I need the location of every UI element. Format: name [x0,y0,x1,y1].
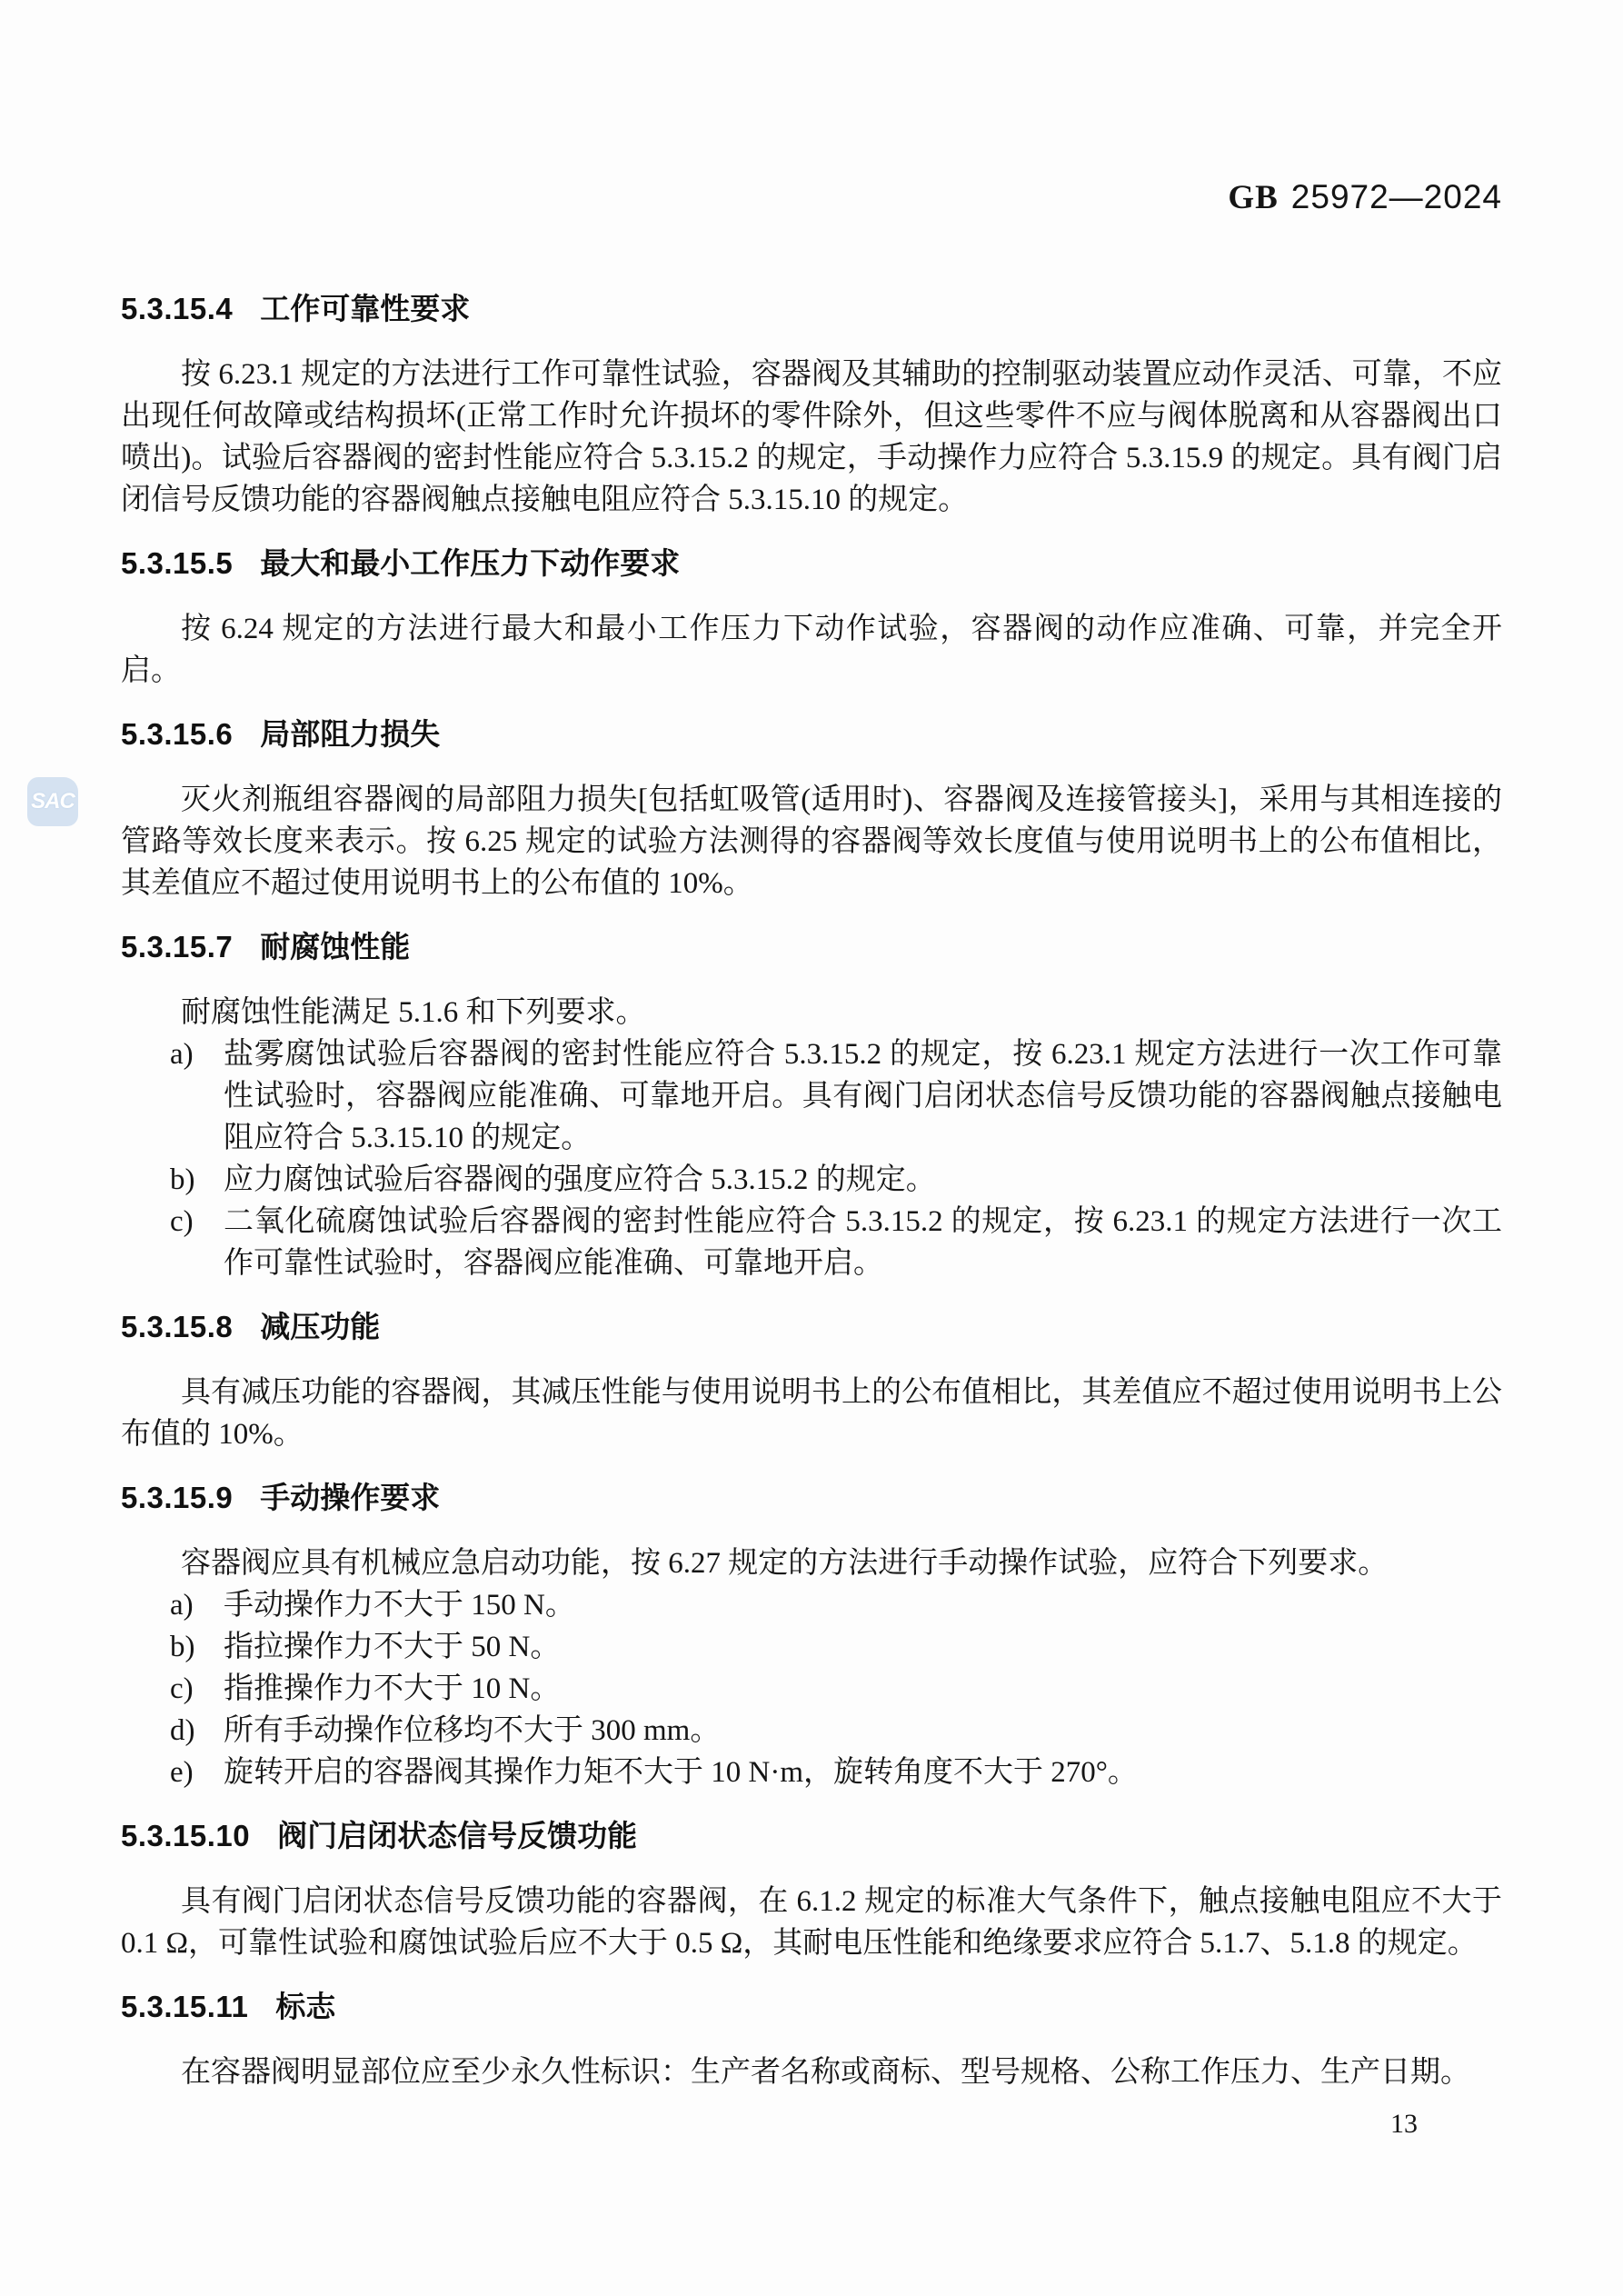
list-item: b)应力腐蚀试验后容器阀的强度应符合 5.3.15.2 的规定。 [224,1159,1502,1201]
list-item: a)盐雾腐蚀试验后容器阀的密封性能应符合 5.3.15.2 的规定，按 6.23… [224,1033,1502,1159]
list-marker: e) [170,1752,194,1793]
list-marker: b) [170,1626,195,1668]
standard-code-prefix: GB [1228,179,1278,216]
section-5-3-15-10: 5.3.15.10阀门启闭状态信号反馈功能 具有阀门启闭状态信号反馈功能的容器阀… [121,1815,1502,1964]
section-number: 5.3.15.9 [121,1481,233,1514]
section-5-3-15-9: 5.3.15.9手动操作要求 容器阀应具有机械应急启动功能，按 6.27 规定的… [121,1477,1502,1793]
section-paragraph: 具有减压功能的容器阀，其减压性能与使用说明书上的公布值相比，其差值应不超过使用说… [121,1372,1502,1455]
section-paragraph: 耐腐蚀性能满足 5.1.6 和下列要求。 [121,992,1502,1033]
section-heading: 5.3.15.7耐腐蚀性能 [121,926,1502,968]
standard-code: GB25972—2024 [1228,180,1502,215]
section-number: 5.3.15.8 [121,1310,233,1343]
section-paragraph: 按 6.24 规定的方法进行最大和最小工作压力下动作试验，容器阀的动作应准确、可… [121,608,1502,692]
section-paragraph: 容器阀应具有机械应急启动功能，按 6.27 规定的方法进行手动操作试验，应符合下… [121,1542,1502,1584]
section-paragraph: 灭火剂瓶组容器阀的局部阻力损失[包括虹吸管(适用时)、容器阀及连接管接头]，采用… [121,779,1502,904]
section-paragraph: 在容器阀明显部位应至少永久性标识：生产者名称或商标、型号规格、公称工作压力、生产… [121,2051,1502,2093]
list-marker: b) [170,1159,195,1201]
section-title: 手动操作要求 [260,1481,440,1514]
section-title: 阀门启闭状态信号反馈功能 [277,1819,637,1852]
list-marker: a) [170,1584,194,1626]
page-number: 13 [1390,2111,1418,2138]
section-number: 5.3.15.6 [121,717,233,751]
standard-code-number: 25972—2024 [1291,178,1502,215]
list-text: 应力腐蚀试验后容器阀的强度应符合 5.3.15.2 的规定。 [224,1163,936,1196]
section-paragraph: 按 6.23.1 规定的方法进行工作可靠性试验，容器阀及其辅助的控制驱动装置应动… [121,354,1502,521]
section-title: 最大和最小工作压力下动作要求 [260,546,680,580]
section-title: 减压功能 [260,1310,380,1343]
section-5-3-15-5: 5.3.15.5最大和最小工作压力下动作要求 按 6.24 规定的方法进行最大和… [121,543,1502,692]
section-number: 5.3.15.11 [121,1990,248,2023]
list-text: 盐雾腐蚀试验后容器阀的密封性能应符合 5.3.15.2 的规定，按 6.23.1… [224,1038,1502,1154]
list-item: a)手动操作力不大于 150 N。 [224,1584,1502,1626]
section-title: 局部阻力损失 [260,717,440,751]
list-item: c)指推操作力不大于 10 N。 [224,1668,1502,1710]
list-text: 指拉操作力不大于 50 N。 [224,1631,560,1663]
list-item: e)旋转开启的容器阀其操作力矩不大于 10 N·m，旋转角度不大于 270°。 [224,1752,1502,1793]
section-number: 5.3.15.5 [121,546,233,580]
section-number: 5.3.15.10 [121,1819,250,1852]
section-5-3-15-6: 5.3.15.6局部阻力损失 灭火剂瓶组容器阀的局部阻力损失[包括虹吸管(适用时… [121,714,1502,904]
section-5-3-15-11: 5.3.15.11标志 在容器阀明显部位应至少永久性标识：生产者名称或商标、型号… [121,1986,1502,2093]
list-marker: c) [170,1201,194,1243]
sac-logo-text: SAC [31,789,75,814]
section-heading: 5.3.15.6局部阻力损失 [121,714,1502,755]
list-text: 所有手动操作位移均不大于 300 mm。 [224,1714,720,1747]
list-text: 二氧化硫腐蚀试验后容器阀的密封性能应符合 5.3.15.2 的规定，按 6.23… [224,1205,1502,1280]
section-number: 5.3.15.4 [121,292,233,325]
section-paragraph: 具有阀门启闭状态信号反馈功能的容器阀，在 6.1.2 规定的标准大气条件下，触点… [121,1881,1502,1964]
list-text: 旋转开启的容器阀其操作力矩不大于 10 N·m，旋转角度不大于 270°。 [224,1756,1138,1789]
section-5-3-15-7: 5.3.15.7耐腐蚀性能 耐腐蚀性能满足 5.1.6 和下列要求。 a)盐雾腐… [121,926,1502,1284]
list-marker: c) [170,1668,194,1710]
section-heading: 5.3.15.4工作可靠性要求 [121,288,1502,330]
document-body: 5.3.15.4工作可靠性要求 按 6.23.1 规定的方法进行工作可靠性试验，… [121,266,1502,2093]
list-text: 手动操作力不大于 150 N。 [224,1589,575,1622]
section-heading: 5.3.15.10阀门启闭状态信号反馈功能 [121,1815,1502,1857]
section-title: 标志 [275,1990,335,2023]
section-heading: 5.3.15.9手动操作要求 [121,1477,1502,1519]
list-marker: d) [170,1710,195,1752]
section-heading: 5.3.15.11标志 [121,1986,1502,2028]
section-heading: 5.3.15.5最大和最小工作压力下动作要求 [121,543,1502,584]
list-item: c)二氧化硫腐蚀试验后容器阀的密封性能应符合 5.3.15.2 的规定，按 6.… [224,1201,1502,1284]
list-item: d)所有手动操作位移均不大于 300 mm。 [224,1710,1502,1752]
section-title: 耐腐蚀性能 [260,930,410,963]
section-title: 工作可靠性要求 [260,292,470,325]
list-text: 指推操作力不大于 10 N。 [224,1672,560,1705]
list-item: b)指拉操作力不大于 50 N。 [224,1626,1502,1668]
section-5-3-15-4: 5.3.15.4工作可靠性要求 按 6.23.1 规定的方法进行工作可靠性试验，… [121,288,1502,521]
section-number: 5.3.15.7 [121,930,233,963]
list-marker: a) [170,1033,194,1075]
section-heading: 5.3.15.8减压功能 [121,1306,1502,1348]
sac-logo-icon: SAC [27,777,78,826]
section-5-3-15-8: 5.3.15.8减压功能 具有减压功能的容器阀，其减压性能与使用说明书上的公布值… [121,1306,1502,1455]
